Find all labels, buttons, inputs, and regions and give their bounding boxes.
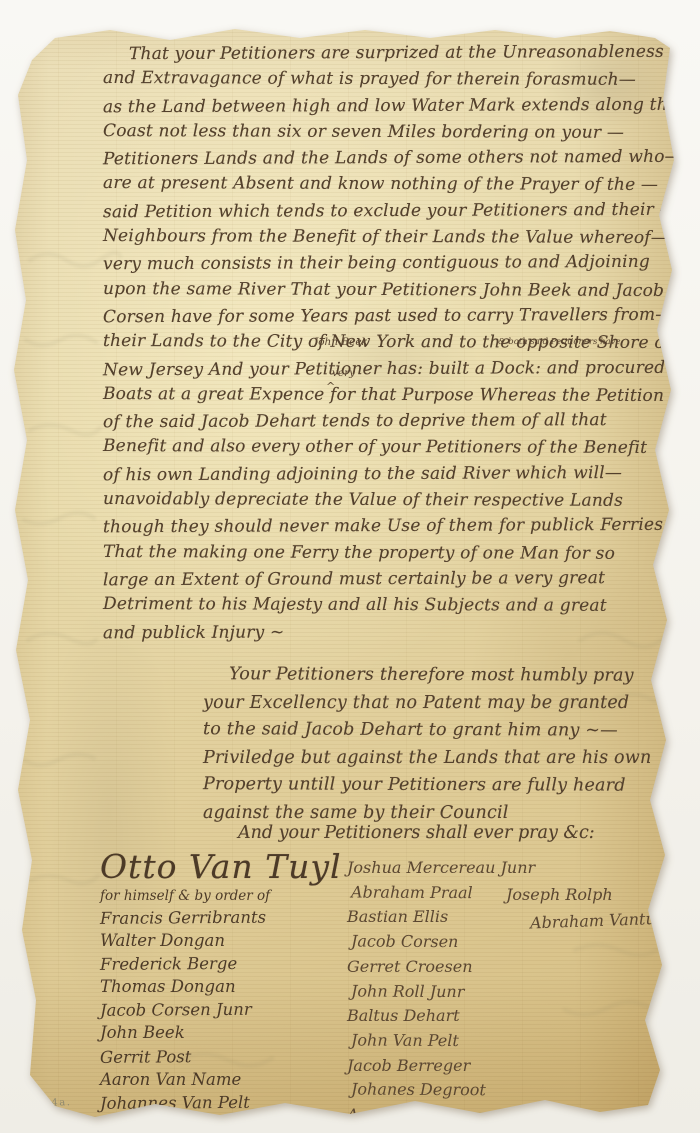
signature-name: John Van Pelt <box>351 1028 539 1054</box>
manuscript-line: unavoidably depreciate the Value of thei… <box>103 486 678 514</box>
interlineation-john-beek: John Beek <box>314 336 368 348</box>
signature-name: Joshua Mercereau Junr <box>347 856 535 881</box>
paper-shadow: That your Petitioners are surprized at t… <box>0 0 700 1133</box>
manuscript-line: to the said Jacob Dehart to grant him an… <box>203 716 678 745</box>
signature-name: Joseph Rolph <box>506 882 670 908</box>
manuscript-line: and Extravagance of what is prayed for t… <box>103 65 678 93</box>
signature-name: Walter Dongan <box>100 929 342 952</box>
manuscript-line: That your Petitioners are surprized at t… <box>103 39 678 68</box>
signature-column-right: Joseph RolphAbraham Vantuyl <box>506 882 670 934</box>
manuscript-line: large an Extent of Ground must certainly… <box>103 565 678 594</box>
signature-note: for himself & by order of <box>100 886 342 906</box>
manuscript-line: very much consists in their being contig… <box>103 249 678 278</box>
manuscript-line: Coast not less than six or seven Miles b… <box>103 118 678 146</box>
signature-column-left: Otto Van Tuyl for himself & by order of … <box>100 848 342 1114</box>
manuscript-line: though they should never make Use of the… <box>103 512 678 541</box>
signature-name: Jacob Corsen Junr <box>100 998 342 1023</box>
signature-name: Thomas Dongan <box>100 975 342 998</box>
manuscript-line: Benefit and also every other of your Pet… <box>103 433 678 461</box>
signature-otto-van-tuyl: Otto Van Tuyl <box>100 848 342 886</box>
signature-names-left: Francis GerribrantsWalter DonganFrederic… <box>100 906 342 1114</box>
catalog-number: 14244a. <box>20 1097 72 1110</box>
signature-name: Johannes Van Pelt <box>100 1090 342 1115</box>
signature-name: Abraham Vantuyl <box>530 906 671 937</box>
signature-name: John Beek <box>100 1021 342 1044</box>
manuscript-line: Property untill your Petitioners are ful… <box>203 772 678 801</box>
signature-name: Frederick Berge <box>100 951 342 976</box>
signature-name: Johanes Degroot <box>351 1078 539 1104</box>
signature-name: Aaron Prall <box>347 1103 535 1128</box>
manuscript-line: as the Land between high and low Water M… <box>103 91 678 120</box>
manuscript-line: Corsen have for some Years past used to … <box>103 302 678 331</box>
manuscript-line: Your Petitioners therefore most humbly p… <box>203 661 678 690</box>
manuscript-line: Detriment to his Majesty and all his Sub… <box>103 591 678 619</box>
manuscript-line: your Excellency that no Patent may be gr… <box>203 690 678 718</box>
caret-mark: ^ <box>326 380 335 393</box>
signature-name: Jacob Berreger <box>347 1054 535 1079</box>
manuscript-line: of his own Landing adjoining to the said… <box>103 459 678 488</box>
closing-line: And your Petitioners shall ever pray &c: <box>238 823 688 843</box>
manuscript-paper: That your Petitioners are surprized at t… <box>0 0 700 1133</box>
manuscript-line: said Petition which tends to exclude you… <box>103 197 678 226</box>
manuscript-line: Priviledge but against the Lands that ar… <box>203 745 678 773</box>
manuscript-line: are at present Absent and know nothing o… <box>103 170 678 198</box>
manuscript-line: Neighbours from the Benefit of their Lan… <box>103 223 678 251</box>
prayer-paragraph: Your Petitioners therefore most humbly p… <box>203 662 678 828</box>
manuscript-line: Petitioners Lands and the Lands of some … <box>103 144 678 173</box>
signature-name: Francis Gerribrants <box>100 905 342 930</box>
manuscript-line: upon the same River That your Petitioner… <box>103 276 678 304</box>
manuscript-line: That the making one Ferry the property o… <box>103 539 678 567</box>
manuscript-line: of the said Jacob Dehart tends to depriv… <box>103 407 678 436</box>
signature-name: Baltus Dehart <box>347 1004 535 1029</box>
manuscript-line: New Jersey And your Petitioner has: buil… <box>103 354 678 383</box>
interlineation-very: very <box>332 367 355 379</box>
signature-name: Gerret Croesen <box>347 955 535 980</box>
document-photo: That your Petitioners are surprized at t… <box>0 0 700 1133</box>
interlineation-both-petitioners: & both said Petitioners have <box>498 337 620 347</box>
signature-name: John Roll Junr <box>351 979 539 1005</box>
signature-name: Aaron Van Name <box>100 1068 342 1091</box>
manuscript-line: and publick Injury ~ <box>103 617 678 646</box>
signature-name: Gerrit Post <box>100 1044 342 1069</box>
manuscript-line: Boats at a great Expence for that Purpos… <box>103 381 678 409</box>
